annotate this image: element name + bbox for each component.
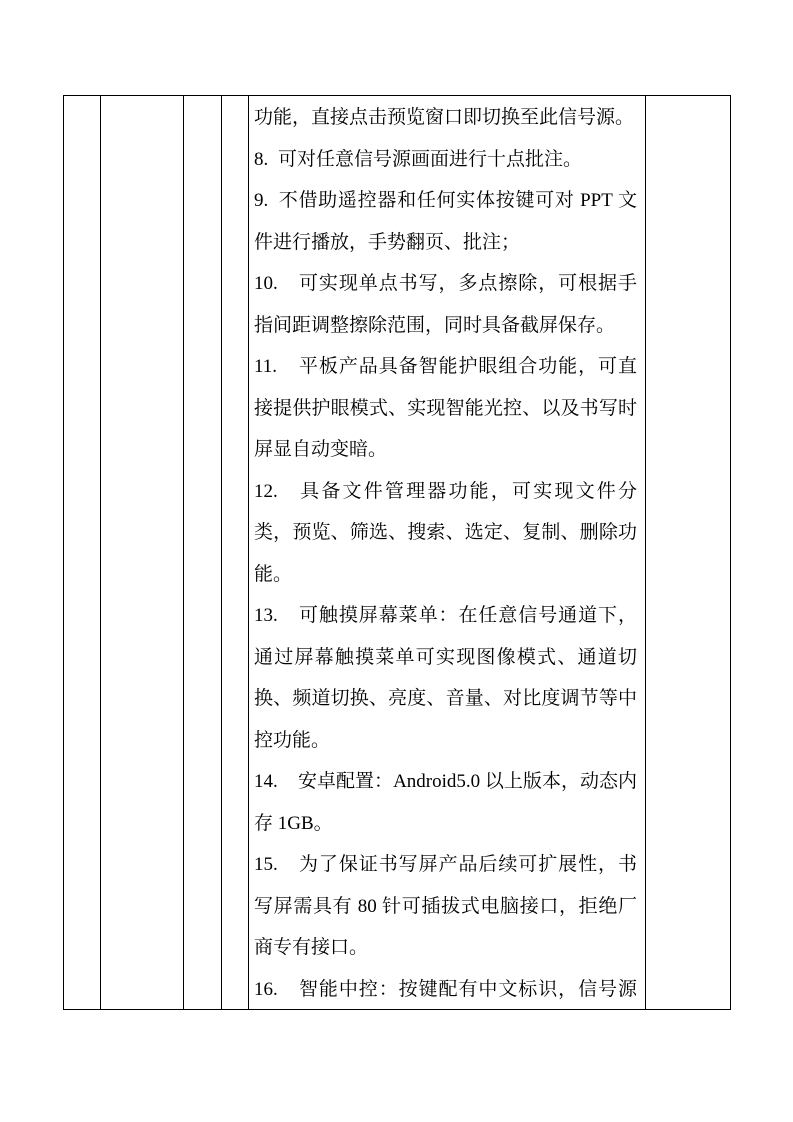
- item-text: 安卓配置：Android5.0 以上版本，动态内存 1GB。: [254, 771, 637, 834]
- item-text: 平板产品具备智能护眼组合功能，可直接提供护眼模式、实现智能光控、以及书写时屏显自…: [254, 356, 637, 460]
- spec-paragraph: 8.可对任意信号源画面进行十点批注。: [254, 139, 637, 181]
- table-cell-unit: [222, 96, 249, 1009]
- item-number: 15.: [254, 844, 298, 886]
- item-text: 智能中控：按键配有中文标识，信号源自动调整，内置电脑通道切换快捷键，HDMI 通: [254, 979, 637, 1010]
- spec-paragraph: 15.为了保证书写屏产品后续可扩展性，书写屏需具有 80 针可插拔式电脑接口，拒…: [254, 844, 637, 969]
- table-cell-specifications: 功能，直接点击预览窗口即切换至此信号源。 8.可对任意信号源画面进行十点批注。 …: [249, 96, 646, 1009]
- table-cell-remarks: [646, 96, 730, 1009]
- item-text: 可触摸屏幕菜单：在任意信号通道下，通过屏幕触摸菜单可实现图像模式、通道切换、频道…: [254, 605, 637, 751]
- item-text: 功能，直接点击预览窗口即切换至此信号源。: [254, 107, 634, 128]
- item-number: 12.: [254, 471, 298, 513]
- item-text: 可对任意信号源画面进行十点批注。: [278, 149, 582, 170]
- item-number: 8.: [254, 139, 278, 181]
- item-number: 14.: [254, 761, 298, 803]
- spec-paragraph: 16.智能中控：按键配有中文标识，信号源自动调整，内置电脑通道切换快捷键，HDM…: [254, 969, 637, 1010]
- document-page: 功能，直接点击预览窗口即切换至此信号源。 8.可对任意信号源画面进行十点批注。 …: [0, 0, 793, 1122]
- item-number: 9.: [254, 180, 278, 222]
- item-number: 11.: [254, 346, 298, 388]
- item-number: 13.: [254, 595, 298, 637]
- table-cell-quantity: [184, 96, 222, 1009]
- spec-paragraph: 12.具备文件管理器功能，可实现文件分类，预览、筛选、搜索、选定、复制、删除功能…: [254, 471, 637, 596]
- spec-paragraph: 功能，直接点击预览窗口即切换至此信号源。: [254, 97, 637, 139]
- table-cell-index: [64, 96, 101, 1009]
- spec-paragraph: 13.可触摸屏幕菜单：在任意信号通道下，通过屏幕触摸菜单可实现图像模式、通道切换…: [254, 595, 637, 761]
- spec-paragraph: 11.平板产品具备智能护眼组合功能，可直接提供护眼模式、实现智能光控、以及书写时…: [254, 346, 637, 471]
- item-text: 不借助遥控器和任何实体按键可对 PPT 文件进行播放，手势翻页、批注；: [254, 190, 637, 253]
- item-text: 可实现单点书写，多点擦除，可根据手指间距调整擦除范围，同时具备截屏保存。: [254, 273, 637, 336]
- item-text: 为了保证书写屏产品后续可扩展性，书写屏需具有 80 针可插拔式电脑接口，拒绝厂商…: [254, 854, 637, 958]
- item-text: 具备文件管理器功能，可实现文件分类，预览、筛选、搜索、选定、复制、删除功能。: [254, 481, 637, 585]
- table-cell-item-name: [101, 96, 184, 1009]
- spec-paragraph: 10.可实现单点书写，多点擦除，可根据手指间距调整擦除范围，同时具备截屏保存。: [254, 263, 637, 346]
- spec-paragraph: 14.安卓配置：Android5.0 以上版本，动态内存 1GB。: [254, 761, 637, 844]
- spec-table: 功能，直接点击预览窗口即切换至此信号源。 8.可对任意信号源画面进行十点批注。 …: [63, 95, 731, 1010]
- item-number: 10.: [254, 263, 298, 305]
- item-number: 16.: [254, 969, 298, 1010]
- spec-paragraph: 9.不借助遥控器和任何实体按键可对 PPT 文件进行播放，手势翻页、批注；: [254, 180, 637, 263]
